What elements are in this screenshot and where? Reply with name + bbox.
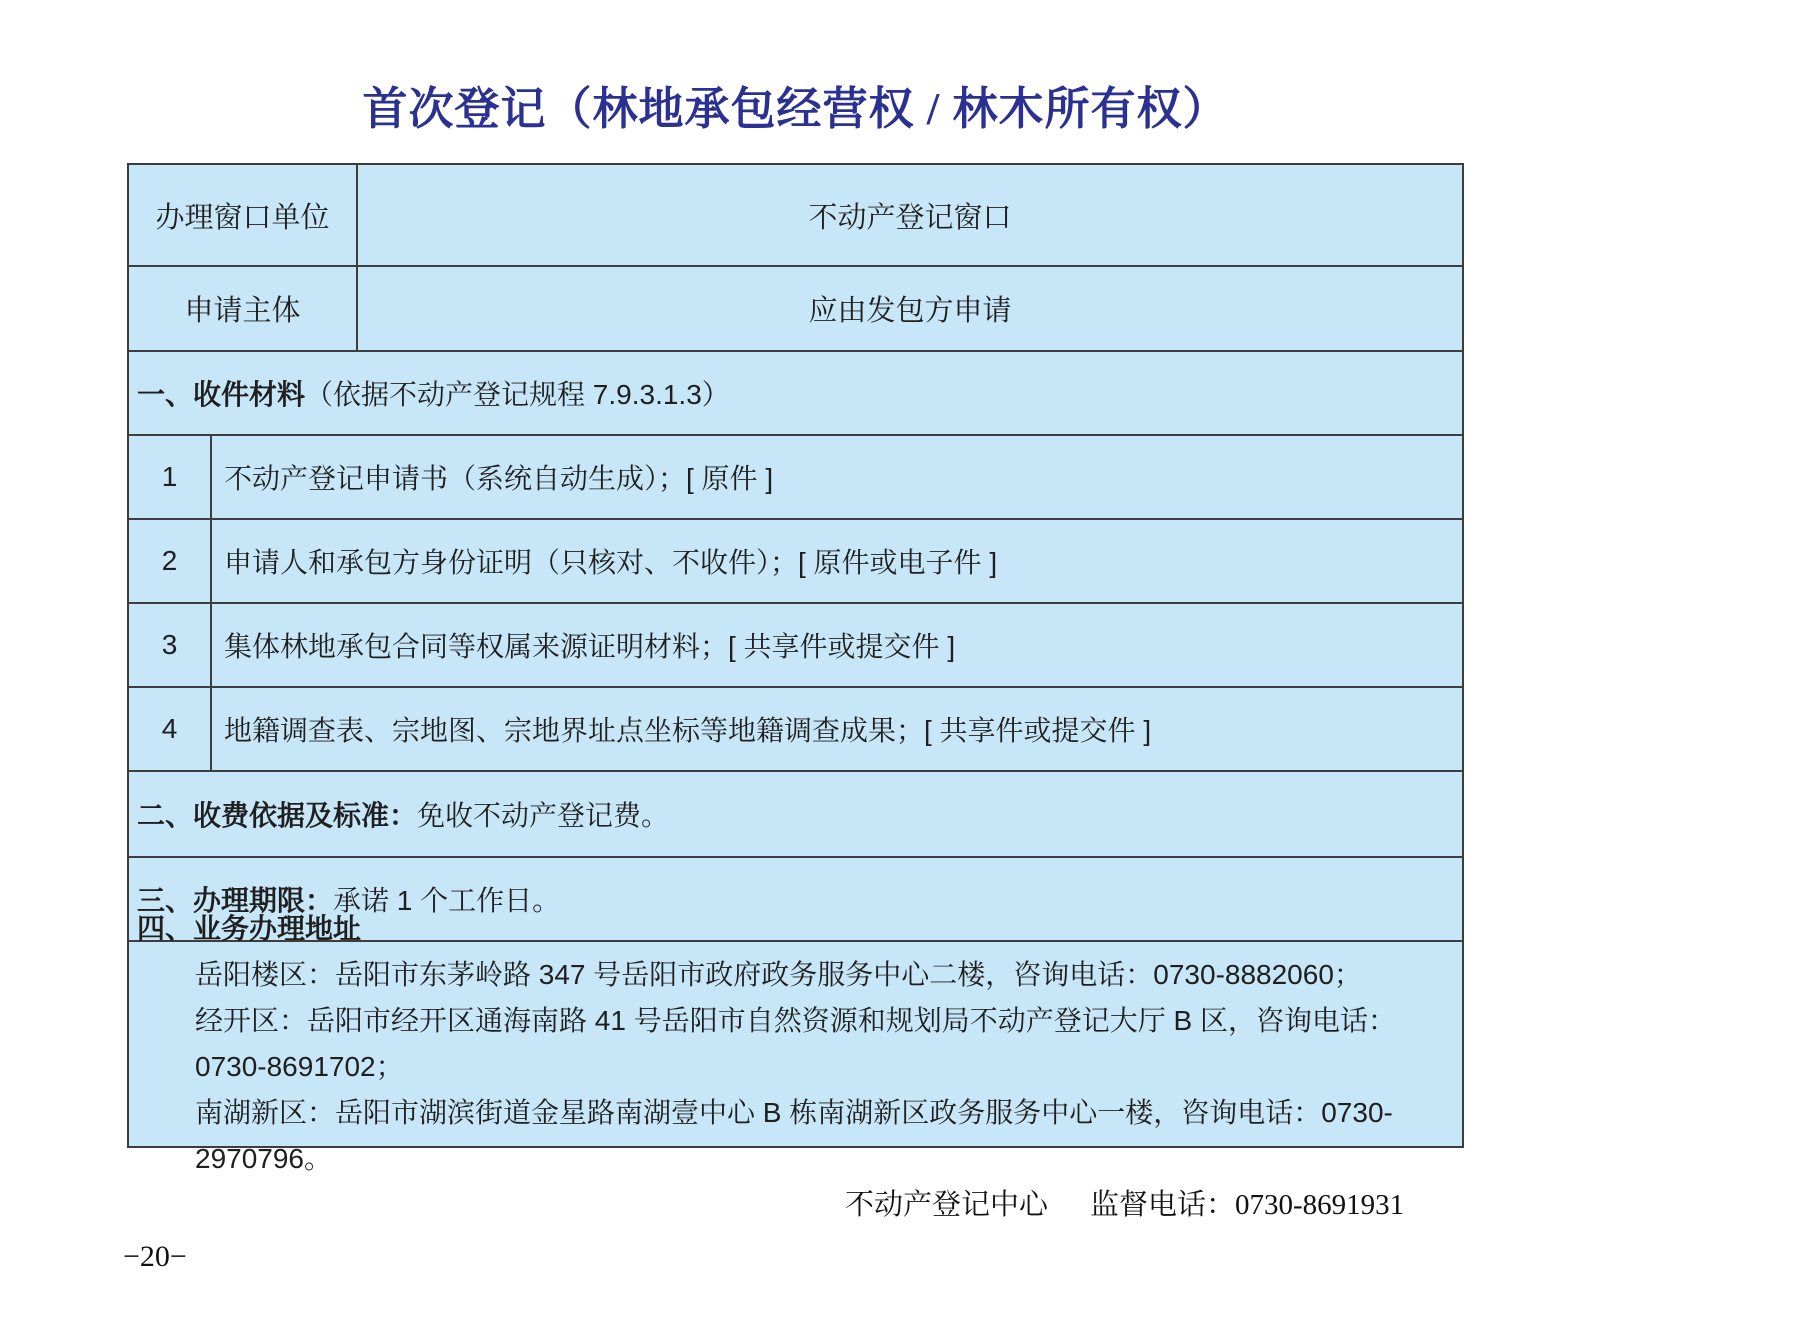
table-row-window-unit: 办理窗口单位 不动产登记窗口 bbox=[129, 165, 1462, 265]
material-row: 4 地籍调查表、宗地图、宗地界址点坐标等地籍调查成果；[ 共享件或提交件 ] bbox=[129, 686, 1462, 770]
footer-supervision-phone: 监督电话：0730-8691931 bbox=[1090, 1182, 1404, 1223]
section-heading: 一、收件材料（依据不动产登记规程 7.9.3.1.3） bbox=[129, 352, 1462, 434]
page-number: −20− bbox=[123, 1240, 187, 1274]
material-text: 申请人和承包方身份证明（只核对、不收件）；[ 原件或电子件 ] bbox=[212, 520, 1462, 602]
material-text: 地籍调查表、宗地图、宗地界址点坐标等地籍调查成果；[ 共享件或提交件 ] bbox=[212, 688, 1462, 770]
address-line: 南湖新区：岳阳市湖滨街道金星路南湖壹中心 B 栋南湖新区政务服务中心一楼，咨询电… bbox=[129, 1090, 1462, 1182]
material-number: 1 bbox=[129, 436, 212, 518]
row-label: 办理窗口单位 bbox=[129, 165, 358, 265]
address-line: 岳阳楼区：岳阳市东茅岭路 347 号岳阳市政府政务服务中心二楼，咨询电话：073… bbox=[129, 952, 1462, 998]
material-row: 2 申请人和承包方身份证明（只核对、不收件）；[ 原件或电子件 ] bbox=[129, 518, 1462, 602]
section-materials-heading: 一、收件材料（依据不动产登记规程 7.9.3.1.3） bbox=[129, 350, 1462, 434]
address-line: 经开区：岳阳市经开区通海南路 41 号岳阳市自然资源和规划局不动产登记大厅 B … bbox=[129, 998, 1462, 1090]
registration-info-table: 办理窗口单位 不动产登记窗口 申请主体 应由发包方申请 一、收件材料（依据不动产… bbox=[127, 163, 1464, 1148]
address-block: 四、业务办理地址 岳阳楼区：岳阳市东茅岭路 347 号岳阳市政府政务服务中心二楼… bbox=[129, 942, 1462, 1146]
table-row-applicant: 申请主体 应由发包方申请 bbox=[129, 265, 1462, 350]
page-title: 首次登记（林地承包经营权 / 林木所有权） bbox=[127, 72, 1464, 137]
row-value: 应由发包方申请 bbox=[358, 267, 1462, 350]
section-heading-rest: （依据不动产登记规程 7.9.3.1.3） bbox=[305, 373, 730, 413]
document-page: 首次登记（林地承包经营权 / 林木所有权） 办理窗口单位 不动产登记窗口 申请主… bbox=[0, 0, 1795, 1323]
section-heading: 二、收费依据及标准：免收不动产登记费。 bbox=[129, 772, 1462, 856]
section-heading-bold: 一、收件材料 bbox=[137, 373, 305, 413]
section-text: 免收不动产登记费。 bbox=[417, 794, 669, 834]
material-text: 不动产登记申请书（系统自动生成）；[ 原件 ] bbox=[212, 436, 1462, 518]
section-heading-bold: 二、收费依据及标准： bbox=[137, 794, 417, 834]
material-row: 3 集体林地承包合同等权属来源证明材料；[ 共享件或提交件 ] bbox=[129, 602, 1462, 686]
section-fee-standard: 二、收费依据及标准：免收不动产登记费。 bbox=[129, 770, 1462, 856]
material-number: 4 bbox=[129, 688, 212, 770]
row-label: 申请主体 bbox=[129, 267, 358, 350]
section-service-addresses: 四、业务办理地址 岳阳楼区：岳阳市东茅岭路 347 号岳阳市政府政务服务中心二楼… bbox=[129, 940, 1462, 1146]
row-value: 不动产登记窗口 bbox=[358, 165, 1462, 265]
material-number: 3 bbox=[129, 604, 212, 686]
document-footer: 不动产登记中心 监督电话：0730-8691931 bbox=[845, 1182, 1404, 1223]
material-number: 2 bbox=[129, 520, 212, 602]
material-row: 1 不动产登记申请书（系统自动生成）；[ 原件 ] bbox=[129, 434, 1462, 518]
address-heading: 四、业务办理地址 bbox=[129, 906, 1462, 952]
material-text: 集体林地承包合同等权属来源证明材料；[ 共享件或提交件 ] bbox=[212, 604, 1462, 686]
footer-org: 不动产登记中心 bbox=[845, 1182, 1048, 1223]
